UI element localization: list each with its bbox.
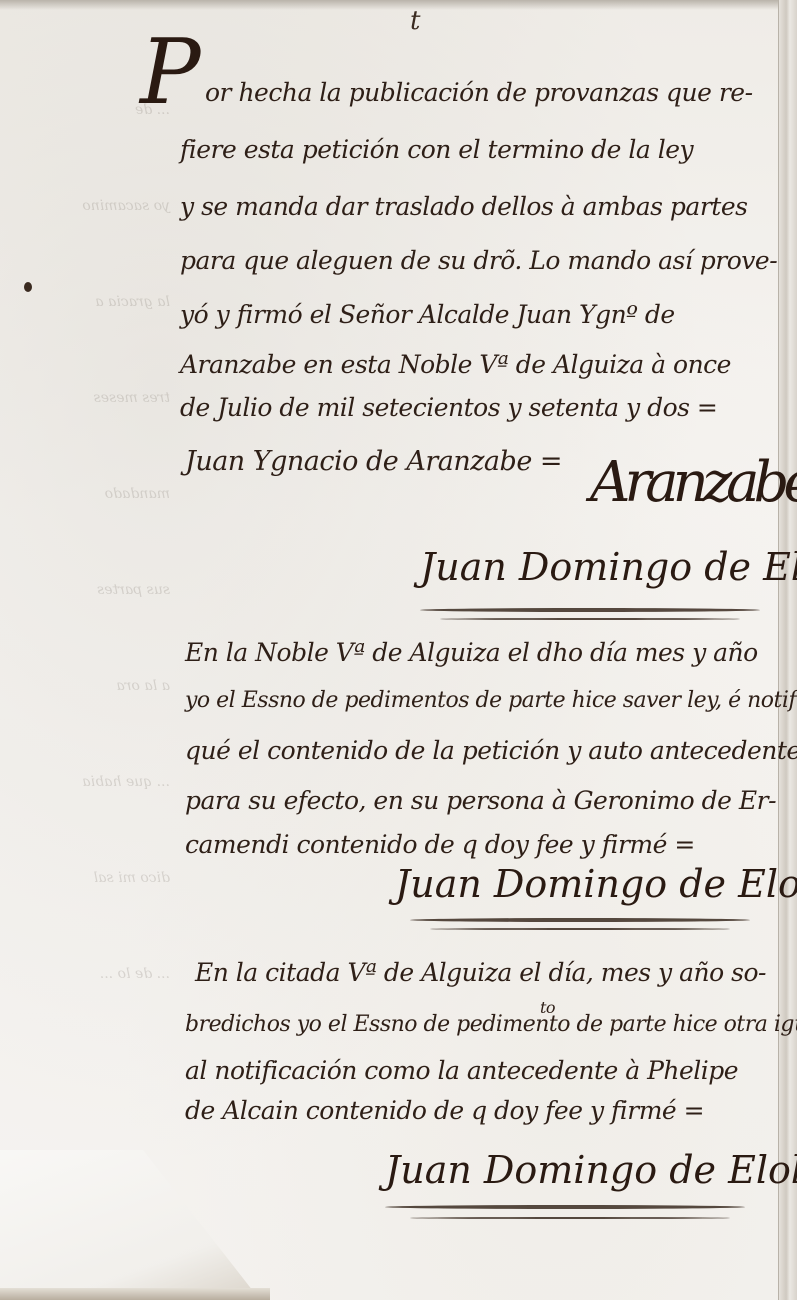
bleed-line: ... que habia	[10, 766, 170, 798]
signature-escribano: Juan Domingo de Elola	[395, 862, 797, 906]
ink-blot	[24, 282, 32, 292]
text-line: de Julio de mil setecientos y setenta y …	[180, 393, 717, 422]
signature-flourish	[430, 928, 730, 930]
signature-flourish	[410, 918, 750, 922]
text-line: para su efecto, en su persona à Geronimo…	[185, 786, 776, 815]
text-line: bredichos yo el Essno de pedimento de pa…	[185, 1012, 797, 1037]
page-top-shadow	[0, 0, 797, 10]
text-line: al notificación como la antecedente à Ph…	[185, 1056, 738, 1085]
signature-flourish	[420, 608, 760, 612]
text-line: yo el Essno de pedimentos de parte hice …	[185, 688, 797, 713]
text-line: para que aleguen de su drõ. Lo mando así…	[180, 246, 777, 275]
bleed-line: sus partes	[10, 574, 170, 606]
signature-flourish	[385, 1205, 745, 1209]
signature-escribano: Juan Domingo de Elola	[385, 1148, 797, 1192]
folio-mark: t	[410, 6, 420, 36]
decorated-initial: P	[140, 28, 201, 118]
signature-rubric: Aranzabe	[590, 450, 797, 515]
bleed-line: yo sacamino	[10, 190, 170, 222]
signature-flourish	[440, 618, 740, 620]
signature-alcalde: Juan Ygnacio de Aranzabe =	[185, 446, 562, 477]
text-line: yó y firmó el Señor Alcalde Juan Ygnº de	[180, 300, 675, 329]
text-line: fiere esta petición con el termino de la…	[180, 135, 693, 164]
bleed-line: dico mi sal	[10, 862, 170, 894]
text-line: En la Noble Vª de Alguiza el dho día mes…	[185, 638, 758, 667]
bleed-line: mandado	[10, 478, 170, 510]
text-line: En la citada Vª de Alguiza el día, mes y…	[195, 958, 766, 987]
bleed-line: a la ora	[10, 670, 170, 702]
text-line: Aranzabe en esta Noble Vª de Alguiza à o…	[180, 350, 731, 379]
text-line: camendi contenido de q doy fee y firmé =	[185, 830, 695, 859]
text-line: y se manda dar traslado dellos à ambas p…	[180, 192, 747, 221]
folded-corner	[0, 1150, 260, 1300]
bleed-line: la gracia a	[10, 286, 170, 318]
text-line: qué el contenido de la petición y auto a…	[185, 736, 797, 765]
signature-escribano: Juan Domingo de Elola	[420, 545, 797, 589]
page-bottom-edge	[0, 1288, 270, 1300]
page-binding-edge	[778, 0, 797, 1300]
signature-flourish	[410, 1217, 730, 1219]
bleed-line: ... de lo ...	[10, 958, 170, 990]
text-line: or hecha la publicación de provanzas que…	[205, 78, 753, 107]
manuscript-page: ... de yo sacamino la gracia a tres mese…	[0, 0, 797, 1300]
bleed-line: tres meses	[10, 382, 170, 414]
text-line: de Alcain contenido de q doy fee y firmé…	[185, 1096, 704, 1125]
